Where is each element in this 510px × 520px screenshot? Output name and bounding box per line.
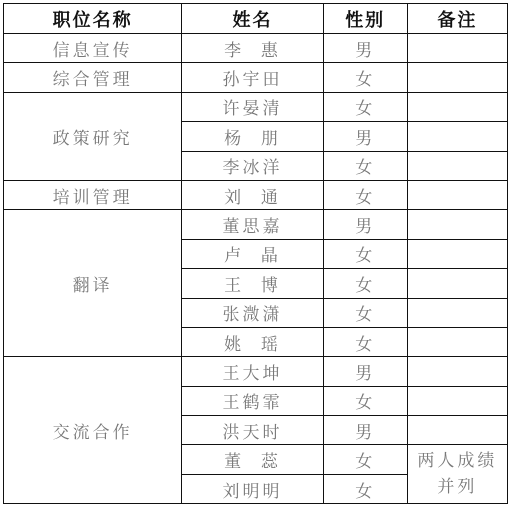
- name-cell: 许晏清: [182, 92, 323, 121]
- gender-cell: 女: [323, 92, 407, 121]
- table-row: 政策研究 许晏清 女: [4, 92, 508, 121]
- name-cell: 王大坤: [182, 357, 323, 386]
- name-cell: 王 博: [182, 269, 323, 298]
- remarks-cell: [407, 122, 507, 151]
- header-row: 职位名称 姓名 性别 备注: [4, 4, 508, 34]
- gender-cell: 男: [323, 210, 407, 239]
- position-cell: 翻译: [4, 210, 182, 357]
- table-row: 培训管理 刘 通 女: [4, 180, 508, 209]
- header-name: 姓名: [182, 4, 323, 34]
- remarks-cell: [407, 34, 507, 63]
- name-cell: 孙宇田: [182, 63, 323, 92]
- name-cell: 李 惠: [182, 34, 323, 63]
- header-gender: 性别: [323, 4, 407, 34]
- remarks-cell: [407, 386, 507, 415]
- gender-cell: 女: [323, 474, 407, 503]
- gender-cell: 女: [323, 239, 407, 268]
- remarks-cell: [407, 239, 507, 268]
- position-cell: 交流合作: [4, 357, 182, 504]
- remarks-cell: [407, 92, 507, 121]
- remarks-cell: [407, 298, 507, 327]
- personnel-table: 职位名称 姓名 性别 备注 信息宣传 李 惠 男 综合管理 孙宇田 女 政策研究…: [3, 3, 508, 504]
- remarks-cell: [407, 357, 507, 386]
- table-row: 综合管理 孙宇田 女: [4, 63, 508, 92]
- table-row: 信息宣传 李 惠 男: [4, 34, 508, 63]
- name-cell: 王鹤霏: [182, 386, 323, 415]
- name-cell: 张溦潇: [182, 298, 323, 327]
- position-cell: 培训管理: [4, 180, 182, 209]
- remarks-merged-cell: 两人成绩 并列: [407, 445, 507, 504]
- gender-cell: 女: [323, 298, 407, 327]
- position-cell: 政策研究: [4, 92, 182, 180]
- name-cell: 刘明明: [182, 474, 323, 503]
- name-cell: 李冰洋: [182, 151, 323, 180]
- gender-cell: 男: [323, 416, 407, 445]
- name-cell: 洪天时: [182, 416, 323, 445]
- remarks-cell: [407, 63, 507, 92]
- name-cell: 姚 瑶: [182, 327, 323, 356]
- gender-cell: 女: [323, 63, 407, 92]
- gender-cell: 男: [323, 122, 407, 151]
- remarks-line-2: 并列: [408, 474, 507, 500]
- table-row: 交流合作 王大坤 男: [4, 357, 508, 386]
- name-cell: 董思嘉: [182, 210, 323, 239]
- remarks-cell: [407, 151, 507, 180]
- name-cell: 杨 朋: [182, 122, 323, 151]
- name-cell: 刘 通: [182, 180, 323, 209]
- gender-cell: 女: [323, 151, 407, 180]
- remarks-line-1: 两人成绩: [408, 448, 507, 474]
- name-cell: 卢 晶: [182, 239, 323, 268]
- gender-cell: 女: [323, 445, 407, 474]
- table-row: 翻译 董思嘉 男: [4, 210, 508, 239]
- remarks-cell: [407, 416, 507, 445]
- gender-cell: 女: [323, 386, 407, 415]
- position-cell: 综合管理: [4, 63, 182, 92]
- gender-cell: 女: [323, 180, 407, 209]
- position-cell: 信息宣传: [4, 34, 182, 63]
- gender-cell: 男: [323, 357, 407, 386]
- remarks-cell: [407, 269, 507, 298]
- remarks-cell: [407, 210, 507, 239]
- remarks-cell: [407, 327, 507, 356]
- header-remarks: 备注: [407, 4, 507, 34]
- gender-cell: 女: [323, 327, 407, 356]
- name-cell: 董 蕊: [182, 445, 323, 474]
- gender-cell: 女: [323, 269, 407, 298]
- remarks-cell: [407, 180, 507, 209]
- header-position: 职位名称: [4, 4, 182, 34]
- gender-cell: 男: [323, 34, 407, 63]
